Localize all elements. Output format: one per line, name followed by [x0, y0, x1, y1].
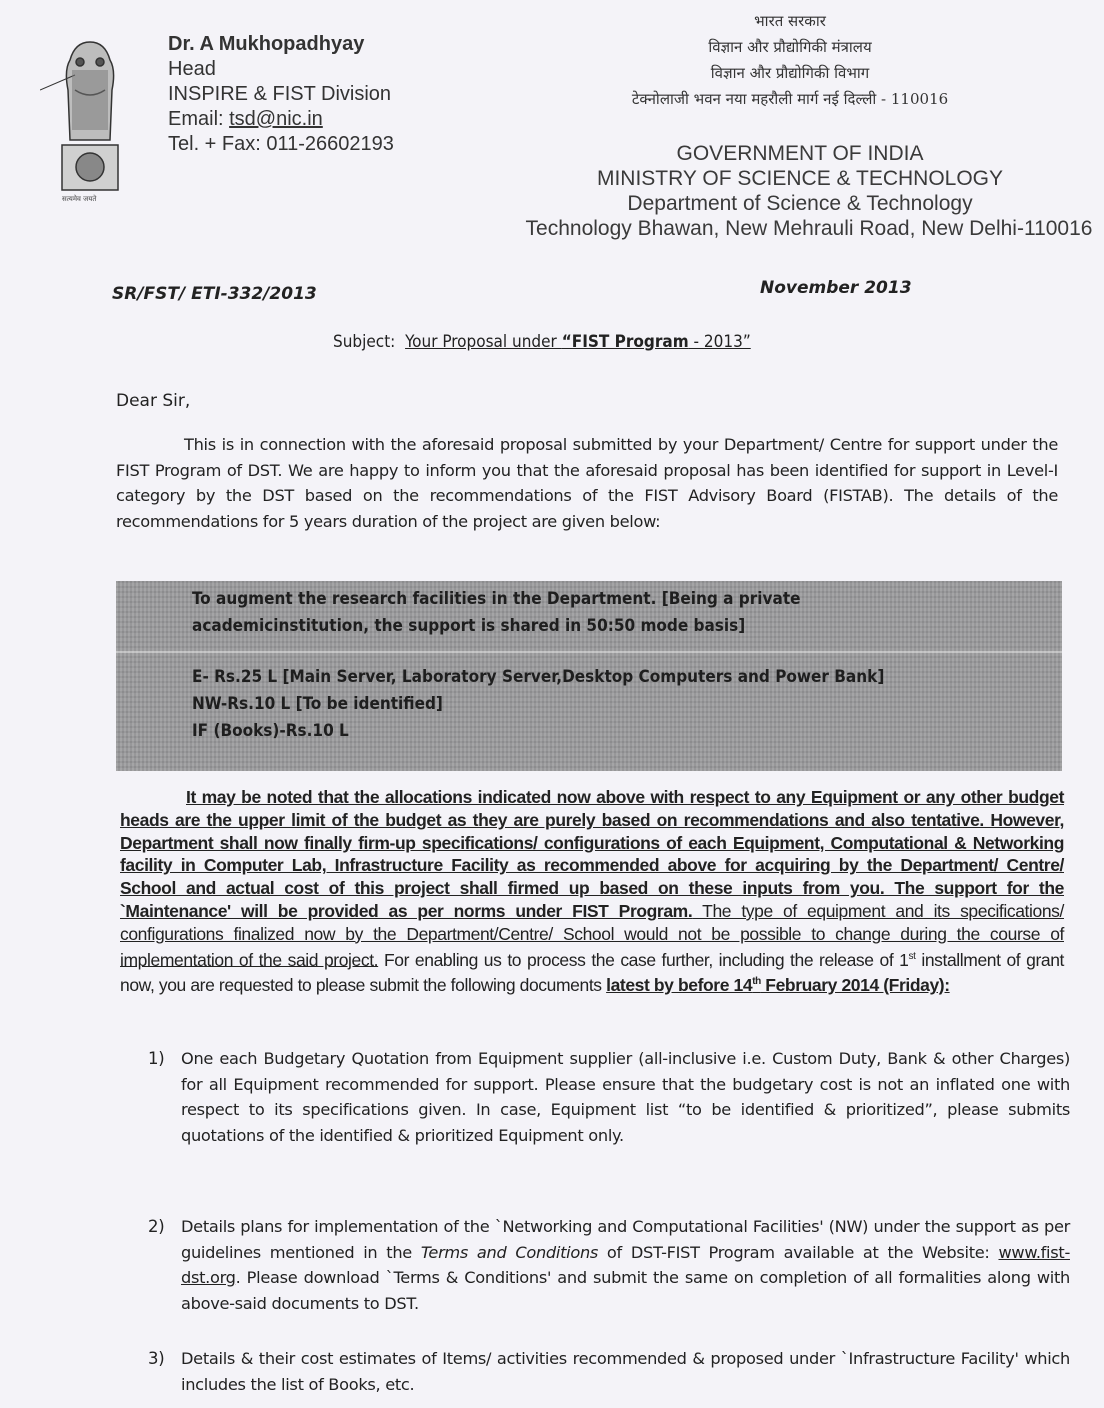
- item-text: Details & their cost estimates of Items/…: [181, 1346, 1070, 1397]
- email-link[interactable]: tsd@nic.in: [229, 108, 323, 130]
- requirement-item: 3) Details & their cost estimates of Ite…: [148, 1346, 1070, 1397]
- sender-title: Head: [168, 57, 394, 82]
- scan-line: [116, 651, 1062, 653]
- ministry-line: MINISTRY OF SCIENCE & TECHNOLOGY: [500, 166, 1100, 191]
- item-number: 2): [148, 1214, 164, 1240]
- national-emblem-icon: [40, 30, 140, 210]
- subject-bold: “FIST Program: [562, 332, 689, 352]
- terms-italic: Terms and Conditions: [421, 1243, 598, 1262]
- allocation-item: E- Rs.25 L [Main Server, Laboratory Serv…: [192, 664, 884, 691]
- deadline-sup: th: [752, 976, 761, 987]
- hindi-line: विज्ञान और प्रौद्योगिकी मंत्रालय: [560, 34, 1020, 60]
- hindi-line: टेक्नोलाजी भवन नया महरौली मार्ग नई दिल्ल…: [560, 86, 1020, 112]
- subject-label: Subject:: [333, 332, 395, 352]
- requirement-item: 1) One each Budgetary Quotation from Equ…: [148, 1046, 1070, 1148]
- address-line: Technology Bhawan, New Mehrauli Road, Ne…: [518, 216, 1100, 241]
- subject-plain: Your Proposal under: [405, 332, 562, 352]
- subject-end: - 2013”: [689, 332, 751, 352]
- emblem-caption: सत्यमेव जयते: [62, 195, 96, 204]
- item-text-part: . Please download `Terms & Conditions' a…: [181, 1268, 1070, 1313]
- ministry-header: GOVERNMENT OF INDIA MINISTRY OF SCIENCE …: [500, 141, 1100, 241]
- sender-block: Dr. A Mukhopadhyay Head INSPIRE & FIST D…: [168, 32, 394, 157]
- hindi-line: विज्ञान और प्रौद्योगिकी विभाग: [560, 60, 1020, 86]
- sender-name: Dr. A Mukhopadhyay: [168, 32, 394, 57]
- item-text: One each Budgetary Quotation from Equipm…: [181, 1046, 1070, 1148]
- allocation-item: IF (Books)-Rs.10 L: [192, 718, 884, 745]
- allocation-item: NW-Rs.10 L [To be identified]: [192, 691, 884, 718]
- hindi-line: भारत सरकार: [560, 8, 1020, 34]
- notes-paragraph: It may be noted that the allocations ind…: [120, 786, 1064, 997]
- sender-division: INSPIRE & FIST Division: [168, 82, 394, 107]
- item-text: Details plans for implementation of the …: [181, 1214, 1070, 1316]
- purpose-line: academicinstitution, the support is shar…: [192, 613, 801, 640]
- subject-line: Subject: Your Proposal under “FIST Progr…: [333, 332, 751, 352]
- salutation: Dear Sir,: [116, 391, 190, 411]
- allocation-list: E- Rs.25 L [Main Server, Laboratory Serv…: [192, 664, 884, 745]
- department-line: Department of Science & Technology: [500, 191, 1100, 216]
- recommendation-box: To augment the research facilities in th…: [116, 581, 1062, 771]
- hindi-header: भारत सरकार विज्ञान और प्रौद्योगिकी मंत्र…: [560, 8, 1020, 112]
- email-label: Email:: [168, 108, 229, 130]
- notes-plain: For enabling us to process the case furt…: [378, 949, 908, 969]
- gov-line: GOVERNMENT OF INDIA: [500, 141, 1100, 166]
- item-text-part: of DST-FIST Program available at the Web…: [598, 1243, 998, 1262]
- reference-number: SR/FST/ ETI-332/2013: [112, 284, 317, 304]
- intro-paragraph: This is in connection with the aforesaid…: [116, 432, 1058, 534]
- requirement-item: 2) Details plans for implementation of t…: [148, 1214, 1070, 1316]
- letter-date: November 2013: [760, 278, 912, 298]
- sender-email-row: Email: tsd@nic.in: [168, 107, 394, 132]
- deadline-pre: latest by before 14: [606, 975, 752, 995]
- purpose-text: To augment the research facilities in th…: [192, 586, 801, 640]
- deadline: latest by before 14th February 2014 (Fri…: [606, 975, 950, 995]
- subject-text: Your Proposal under “FIST Program - 2013…: [405, 332, 751, 352]
- purpose-line: To augment the research facilities in th…: [192, 586, 801, 613]
- sender-phone: Tel. + Fax: 011-26602193: [168, 132, 394, 157]
- item-number: 1): [148, 1046, 164, 1072]
- deadline-post: February 2014 (Friday):: [761, 975, 950, 995]
- item-number: 3): [148, 1346, 164, 1372]
